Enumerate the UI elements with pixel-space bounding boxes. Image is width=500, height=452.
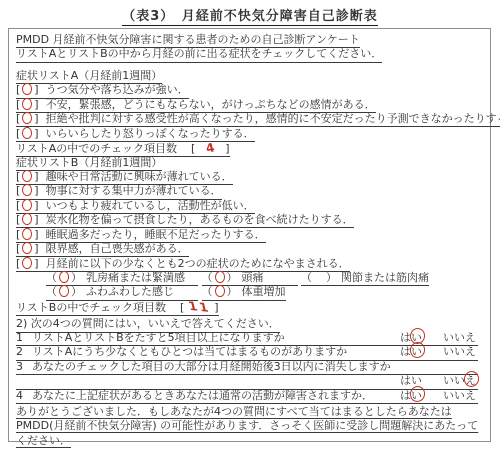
list-b-item: []いつもより疲れているし，活動性が低い．	[16, 199, 484, 213]
checkbox[interactable]: []	[16, 257, 39, 270]
list-b-count-value: 11	[184, 300, 214, 315]
question-row-2: 2 リストAにうち少なくともひとつは当てはまるものがありますか はい いいえ	[16, 346, 478, 360]
list-b-item: []月経前に以下の少なくとも2つの症状のためになやまされる．	[16, 257, 484, 271]
list-b-item: []睡眠過多だったり，睡眠不足だったりする．	[16, 228, 484, 242]
intro-line-1: PMDD 月経前不快気分障害に関する患者のための自己診断アンケート	[16, 33, 484, 47]
question-number: 4	[16, 389, 32, 403]
question-text: あなたに上記症状があるときあなたは通常の活動が障害されますか．	[32, 389, 400, 403]
handwritten-check-circle	[22, 213, 33, 226]
sub-symptom-label: 関節または筋肉痛	[341, 271, 429, 284]
sub-symptom-row-1: （）乳房痛または緊満感 （）頭痛 （）関節または筋肉痛	[16, 271, 484, 285]
answer-no[interactable]: いいえ	[443, 331, 476, 345]
checkbox[interactable]: []	[16, 242, 39, 255]
spacer	[16, 62, 484, 69]
answer-no[interactable]: いいえ	[443, 374, 476, 388]
list-b-item-label: 趣味や日常活動に興味が薄れている．	[46, 170, 233, 183]
list-b-count-label: リストBの中でチェック項目数	[16, 301, 166, 314]
sub-symptom-label: ふわふわした感じ	[86, 285, 174, 298]
sub-symptom-label: 体重増加	[242, 285, 286, 298]
sub-symptom: （）体重増加	[202, 285, 286, 300]
closing-note: ありがとうございました．もしあなたが4つの質問にすべて当てはまるとしたらあなたは…	[16, 405, 484, 448]
list-b-item-label: 炭水化物を偏って摂食したり，あるものを食べ続けたりする．	[46, 213, 354, 226]
list-b-count-row: リストBの中でチェック項目数[11]	[16, 300, 484, 314]
list-a-count-label: リストAの中でのチェック項目数	[16, 142, 177, 155]
question-number: 3	[16, 360, 32, 374]
handwritten-check-circle	[22, 256, 33, 269]
checkbox[interactable]: []	[16, 83, 39, 96]
list-a-heading-text: 症状リストA（月経前1週間）	[16, 69, 162, 84]
question-text: リストAにうち少なくともひとつは当てはまるものがありますか	[32, 345, 400, 359]
answer-no[interactable]: いいえ	[443, 345, 476, 359]
handwritten-check-circle	[22, 97, 33, 110]
sub-symptom-label: 頭痛	[242, 271, 264, 284]
answer-group: はい いいえ	[400, 345, 476, 359]
sub-symptom: （）ふわふわした感じ	[46, 285, 198, 300]
sub-symptom: （）乳房痛または緊満感	[46, 271, 198, 286]
handwritten-check-circle	[58, 285, 69, 298]
page-title-text: （表3） 月経前不快気分障害自己診断表	[122, 9, 378, 26]
list-b-item-label: いつもより疲れているし，活動性が低い．	[46, 199, 255, 212]
handwritten-check-circle	[214, 285, 225, 298]
list-a-heading: 症状リストA（月経前1週間）	[16, 69, 484, 83]
list-b-item: []物事に対する集中力が薄れている．	[16, 184, 484, 198]
handwritten-check-circle	[22, 242, 33, 255]
list-a-item: []うつ気分や落ち込みが強い．	[16, 83, 484, 97]
handwritten-check-circle	[58, 270, 69, 283]
answer-group: はい いいえ	[400, 374, 476, 388]
handwritten-check-circle	[22, 184, 33, 197]
handwritten-check-circle	[22, 83, 33, 96]
checkbox[interactable]: []	[16, 170, 39, 183]
answer-yes[interactable]: はい	[400, 389, 422, 403]
checkbox[interactable]: []	[16, 127, 39, 140]
sub-symptom-label: 乳房痛または緊満感	[86, 271, 185, 284]
checkbox[interactable]: []	[16, 98, 39, 111]
list-b-heading-text: 症状リストB（月経前1週間）	[16, 156, 162, 171]
question-text: あなたのチェックした項目の大部分は月経開始後3日以内に消失しますか	[32, 360, 478, 374]
checkbox[interactable]: []	[16, 213, 39, 226]
list-b-item-label: 睡眠過多だったり，睡眠不足だったりする．	[46, 228, 266, 241]
page-title: （表3） 月経前不快気分障害自己診断表	[0, 5, 500, 24]
question-number: 1	[16, 331, 32, 345]
question-text: リストAとリストBをたすと5項目以上になりますか	[32, 331, 400, 345]
intro-text-1: PMDD 月経前不快気分障害に関する患者のための自己診断アンケート	[16, 33, 360, 48]
handwritten-check-circle	[22, 169, 33, 182]
list-a-item-label: 拒絶や批判に対する感受性が高くなったり，感情的に不安定だったり予測できなかったり…	[46, 112, 500, 125]
list-a-item: []不安，緊張感，どうにもならない，がけっぷちなどの感情がある．	[16, 98, 484, 112]
list-b-item-label: 限界感，自己喪失感がある．	[46, 242, 189, 255]
list-b-item: []趣味や日常活動に興味が薄れている．	[16, 170, 484, 184]
list-b-item: []炭水化物を偏って摂食したり，あるものを食べ続けたりする．	[16, 213, 484, 227]
answer-no[interactable]: いいえ	[443, 389, 476, 403]
count-bracket: [4]	[191, 142, 230, 155]
handwritten-check-circle	[22, 112, 33, 125]
answer-group: はい いいえ	[400, 389, 476, 403]
list-b-heading: 症状リストB（月経前1週間）	[16, 156, 484, 170]
handwritten-check-circle	[22, 198, 33, 211]
question-number: 2	[16, 345, 32, 359]
handwritten-check-circle	[214, 270, 225, 283]
list-b-item: []限界感，自己喪失感がある．	[16, 242, 484, 256]
count-bracket: [11]	[180, 301, 219, 314]
intro-text-2: リストAとリストBの中から月経の前に出る症状をチェックしてください．	[16, 47, 382, 62]
answer-group: はい いいえ	[400, 331, 476, 345]
sub-symptom: （）頭痛	[202, 271, 298, 286]
list-a-item-label: 不安，緊張感，どうにもならない，がけっぷちなどの感情がある．	[46, 98, 376, 111]
answer-yes[interactable]: はい	[400, 345, 422, 359]
checkbox[interactable]: []	[16, 184, 39, 197]
checkbox[interactable]: []	[16, 112, 39, 125]
intro-line-2: リストAとリストBの中から月経の前に出る症状をチェックしてください．	[16, 47, 484, 61]
form-box: PMDD 月経前不快気分障害に関する患者のための自己診断アンケート リストAとリ…	[8, 28, 491, 442]
sub-symptom: （）関節または筋肉痛	[301, 271, 429, 286]
list-a-count-row: リストAの中でのチェック項目数[4]	[16, 141, 484, 155]
checkbox[interactable]: []	[16, 199, 39, 212]
checkbox[interactable]: []	[16, 228, 39, 241]
list-a-item: []拒絶や批判に対する感受性が高くなったり，感情的に不安定だったり予測できなかっ…	[16, 112, 484, 126]
list-a-item-label: うつ気分や落ち込みが強い．	[46, 83, 189, 96]
list-a-item: []いらいらしたり怒りっぽくなったりする．	[16, 127, 484, 141]
list-b-item-label: 物事に対する集中力が薄れている．	[46, 184, 222, 197]
handwritten-check-circle	[22, 227, 33, 240]
question-row-3: 3 あなたのチェックした項目の大部分は月経開始後3日以内に消失しますか	[16, 361, 478, 375]
list-a-item-label: いらいらしたり怒りっぽくなったりする．	[46, 127, 255, 140]
handwritten-check-circle	[22, 126, 33, 139]
list-a-count-value: 4	[195, 141, 225, 156]
question-row-3-answers: はい いいえ	[16, 375, 478, 389]
sub-symptom-row-2: （）ふわふわした感じ （）体重増加	[16, 285, 484, 299]
list-b-item-label: 月経前に以下の少なくとも2つの症状のためになやまされる．	[46, 257, 350, 270]
question-row-4: 4 あなたに上記症状があるときあなたは通常の活動が障害されますか． はい いいえ	[16, 390, 478, 404]
